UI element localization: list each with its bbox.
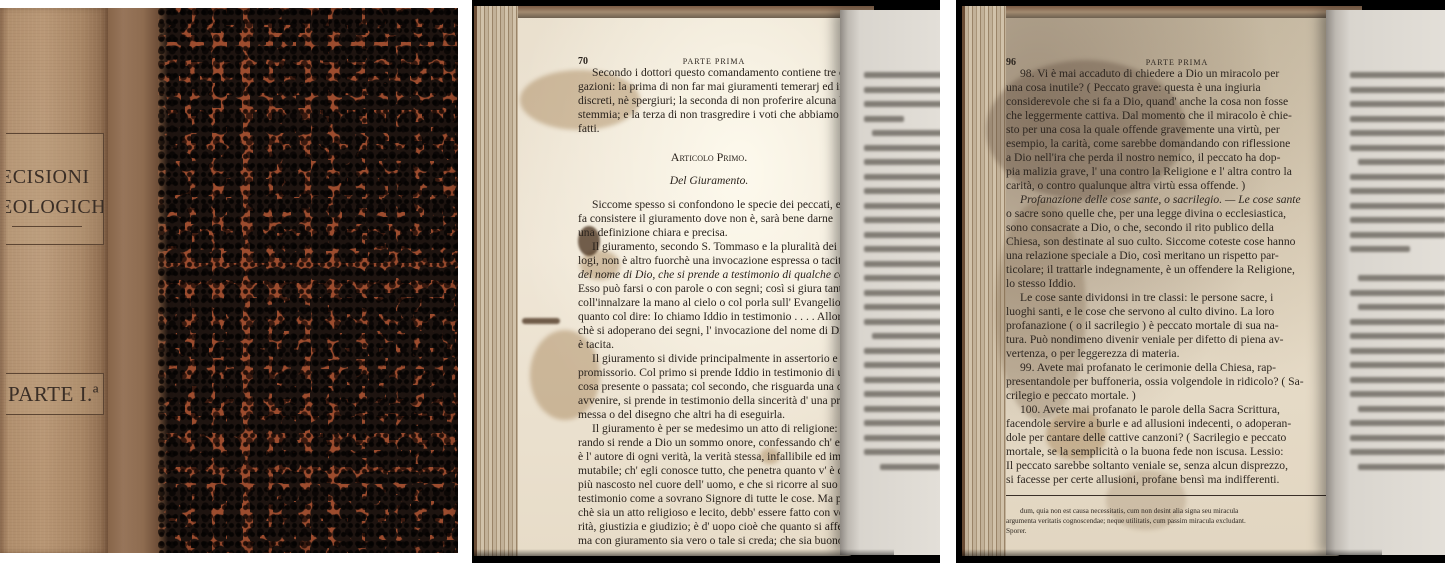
text-line: avvenire, si prende in testimonio della … bbox=[578, 394, 840, 408]
text-line: crilegio e peccato mortale. ) bbox=[1006, 389, 1338, 403]
text-line: fa consistere il giuramento dove non è, … bbox=[578, 212, 840, 226]
page-number: 70 bbox=[578, 57, 588, 66]
running-head-title: PARTE PRIMA bbox=[1016, 58, 1338, 67]
text-line: coll'innalzare la mano al cielo o col po… bbox=[578, 296, 840, 310]
text-line: una definizione chiara e precisa. bbox=[578, 226, 840, 240]
text-line: testimonio come a sovrano Signore di tut… bbox=[578, 492, 840, 506]
text-line: più nascosto nel cuore dell' uomo, e che… bbox=[578, 478, 840, 492]
page-96-text: 96 PARTE PRIMA 98. Vi è mai accaduto di … bbox=[1006, 58, 1338, 536]
text-line: mutabile; ch' egli conosce tutto, che pe… bbox=[578, 464, 840, 478]
text-line: ticolare; il trattarle indegnamente, è u… bbox=[1006, 263, 1338, 277]
text-line: Le cose sante dividonsi in tre classi: l… bbox=[1006, 291, 1338, 305]
book-spine bbox=[0, 8, 108, 553]
open-page-photo-96: 96 PARTE PRIMA 98. Vi è mai accaduto di … bbox=[946, 0, 1445, 563]
text-line: messa o del disegno che altri ha di eseg… bbox=[578, 408, 840, 422]
ink-streak bbox=[522, 318, 560, 324]
text-line: una cosa inutile? ( Peccato grave: quest… bbox=[1006, 81, 1338, 95]
text-line: è l' autore di ogni verità, la verità st… bbox=[578, 450, 840, 464]
spine-part-label: PARTE I.ª bbox=[6, 373, 104, 415]
text-line: promissorio. Col primo si prende Iddio i… bbox=[578, 366, 840, 380]
blurred-text bbox=[864, 68, 940, 474]
page-bottom-shadow bbox=[474, 549, 894, 559]
text-line: dole per cantare delle cattive canzoni? … bbox=[1006, 431, 1338, 445]
page-70-text: 70 PARTE PRIMA Secondo i dottori questo … bbox=[578, 57, 840, 548]
section-heading: Del Giuramento. bbox=[578, 174, 840, 188]
text-line: Siccome spesso si confondono le specie d… bbox=[578, 198, 840, 212]
text-line: si facesse per certe allusioni, profane … bbox=[1006, 473, 1338, 487]
text-line: mortale, se la semplicità o la buona fed… bbox=[1006, 445, 1338, 459]
text-line: che leggermente cattiva. Dal momento che… bbox=[1006, 109, 1338, 123]
text-line: vertenza, o per leggerezza di materia. bbox=[1006, 347, 1338, 361]
text-line: Il giuramento è per se medesimo un atto … bbox=[578, 422, 840, 436]
text-line: ma con giuramento sia vero o tale si cre… bbox=[578, 534, 840, 548]
text-line: pia malizia grave, l' una contro la Reli… bbox=[1006, 165, 1338, 179]
text-line: 98. Vi è mai accaduto di chiedere a Dio … bbox=[1006, 67, 1338, 81]
text-line: rità, giustizia e giudizio; è d' uopo ci… bbox=[578, 520, 840, 534]
text-line: carità, o contro qualunque altra virtù e… bbox=[1006, 179, 1338, 193]
text-line: logi, non è altro fuorchè una invocazion… bbox=[578, 254, 840, 268]
text-line: considerevole che si fa a Dio, quand' an… bbox=[1006, 95, 1338, 109]
text-line: lo stesso Iddio. bbox=[1006, 277, 1338, 291]
spine-title-label: ECISIONI EOLOGICHE bbox=[6, 133, 104, 245]
blurred-facing-page bbox=[1326, 10, 1445, 555]
text-line: chè si adoperano dei segni, l' invocazio… bbox=[578, 324, 840, 338]
spine-title-line-2: EOLOGICHE bbox=[6, 192, 103, 222]
text-line: Il giuramento, secondo S. Tommaso e la p… bbox=[578, 240, 840, 254]
text-line: Chiesa, son destinate al suo culto. Sicc… bbox=[1006, 235, 1338, 249]
spine-title-line-1: ECISIONI bbox=[6, 162, 103, 192]
text-line: quanto col dire: Io chiamo Iddio in test… bbox=[578, 310, 840, 324]
cover-edge bbox=[158, 8, 168, 553]
text-line: discreti, nè spergiuri; la seconda di no… bbox=[578, 94, 840, 108]
page-bottom-shadow bbox=[962, 549, 1382, 559]
page-top-edge bbox=[962, 6, 1362, 18]
text-line: tura. Può nondimeno divenir veniale per … bbox=[1006, 333, 1338, 347]
text-line: sto per una cosa la quale offende gravem… bbox=[1006, 123, 1338, 137]
text-line: Il peccato sarebbe soltanto veniale se, … bbox=[1006, 459, 1338, 473]
text-line: 99. Avete mai profanato le cerimonie del… bbox=[1006, 361, 1338, 375]
text-line: Secondo i dottori questo comandamento co… bbox=[578, 66, 840, 80]
text-line: del nome di Dio, che si prende a testimo… bbox=[578, 268, 840, 282]
text-line: una relazione speciale a Dio, così merit… bbox=[1006, 249, 1338, 263]
text-line: Il giuramento si divide principalmente i… bbox=[578, 352, 840, 366]
text-line: fatti. bbox=[578, 122, 840, 136]
marbled-cover bbox=[158, 8, 458, 553]
text-line: chè sia un atto religioso e lecito, debb… bbox=[578, 506, 840, 520]
running-head-title: PARTE PRIMA bbox=[588, 57, 840, 66]
page-top-edge bbox=[474, 6, 874, 18]
text-line: luoghi santi, e le cose che servono al c… bbox=[1006, 305, 1338, 319]
footnote-line: Sporer. bbox=[1006, 526, 1338, 536]
page-stack-edges bbox=[474, 6, 518, 556]
page-number: 96 bbox=[1006, 58, 1016, 67]
footnote-line: argumenta veritatis cognoscendae; neque … bbox=[1006, 516, 1338, 526]
text-line: 100. Avete mai profanato le parole della… bbox=[1006, 403, 1338, 417]
text-line: a Dio nell'ira che perda il nostro nemic… bbox=[1006, 151, 1338, 165]
text-line: facendole servire a burle e ad allusioni… bbox=[1006, 417, 1338, 431]
panel-gap bbox=[460, 0, 472, 563]
text-line: cosa presente o passata; col secondo, ch… bbox=[578, 380, 840, 394]
text-line: Esso può farsi o con parole o con segni;… bbox=[578, 282, 840, 296]
text-line: profanazione ( o il sacrilegio ) è pecca… bbox=[1006, 319, 1338, 333]
spine-hinge bbox=[108, 8, 158, 553]
spine-rule bbox=[12, 226, 82, 227]
blurred-text bbox=[1350, 68, 1445, 474]
book-cover-photo: ECISIONI EOLOGICHE PARTE I.ª bbox=[0, 0, 460, 563]
text-line: sono consacrate a Dio, o che, secondo il… bbox=[1006, 221, 1338, 235]
text-line: gazioni: la prima di non far mai giurame… bbox=[578, 80, 840, 94]
panel-gap bbox=[946, 0, 956, 563]
running-head: 96 PARTE PRIMA bbox=[1006, 58, 1338, 67]
footnote-line: dum, quia non est causa necessitatis, cu… bbox=[1006, 506, 1338, 516]
spine-part-text: PARTE I.ª bbox=[8, 382, 99, 406]
text-line: è tacita. bbox=[578, 338, 840, 352]
footnote-rule bbox=[1006, 495, 1338, 496]
text-line: o sacre sono quelle che, per una legge d… bbox=[1006, 207, 1338, 221]
text-line: Profanazione delle cose sante, o sacrile… bbox=[1006, 193, 1338, 207]
text-line: presentandole per buffoneria, ossia volg… bbox=[1006, 375, 1338, 389]
open-page-photo-70: 70 PARTE PRIMA Secondo i dottori questo … bbox=[460, 0, 940, 563]
text-line: stemmia; e la terza di non trasgredire i… bbox=[578, 108, 840, 122]
article-heading: Articolo Primo. bbox=[578, 150, 840, 164]
text-line: esempio, la carità, come sarebbe domanda… bbox=[1006, 137, 1338, 151]
running-head: 70 PARTE PRIMA bbox=[578, 57, 840, 66]
blurred-facing-page bbox=[840, 10, 940, 555]
text-line: rando si rende a Dio un sommo onore, con… bbox=[578, 436, 840, 450]
